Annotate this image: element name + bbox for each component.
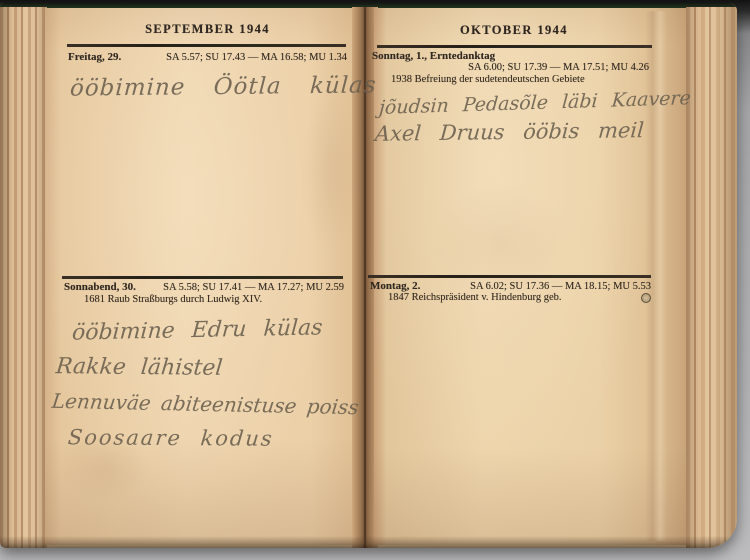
entry-divider-rule	[377, 45, 652, 48]
page-content-layer: SEPTEMBER 1944 Freitag, 29. SA 5.57; SU …	[0, 0, 750, 560]
handwritten-note: Soosaare kodus	[67, 425, 275, 450]
entry-day-label: Freitag, 29.	[68, 51, 121, 63]
entry-divider-rule	[67, 44, 346, 47]
historical-note: 1681 Raub Straßburgs durch Ludwig XIV.	[84, 294, 262, 305]
entry-day-label: Sonntag, 1., Erntedanktag	[372, 50, 495, 62]
historical-note: 1938 Befreiung der sudetendeutschen Gebi…	[391, 74, 585, 85]
entry-divider-rule	[368, 275, 651, 278]
historical-note: 1847 Reichspräsident v. Hindenburg geb.	[388, 292, 562, 303]
entry-day-label: Sonnabend, 30.	[64, 281, 136, 293]
handwritten-note: jõudsin Pedasõle läbi Kaavere	[378, 87, 691, 119]
entry-sun-moon-times: SA 6.02; SU 17.36 — MA 18.15; MU 5.53	[470, 281, 651, 292]
handwritten-note: ööbimine Edru külas	[71, 315, 323, 345]
handwritten-note: Axel Druus ööbis meil	[374, 118, 645, 146]
calendar-entry-montag-2: Montag, 2. SA 6.02; SU 17.36 — MA 18.15;…	[370, 280, 651, 292]
entry-sun-moon-times: SA 5.57; SU 17.43 — MA 16.58; MU 1.34	[166, 52, 347, 63]
entry-sun-moon-times: SA 6.00; SU 17.39 — MA 17.51; MU 4.26	[372, 62, 649, 73]
entry-day-label: Montag, 2.	[370, 280, 420, 292]
calendar-entry-sonnabend-30: Sonnabend, 30. SA 5.58; SU 17.41 — MA 17…	[64, 281, 344, 293]
handwritten-note: Lennuväe abiteenistuse poiss	[51, 389, 361, 419]
entry-sun-moon-times: SA 5.58; SU 17.41 — MA 17.27; MU 2.59	[163, 282, 344, 293]
historical-note-row: 1847 Reichspräsident v. Hindenburg geb.	[388, 292, 651, 303]
diary-photo-background: SEPTEMBER 1944 Freitag, 29. SA 5.57; SU …	[0, 0, 750, 560]
month-header-september: SEPTEMBER 1944	[60, 22, 355, 37]
handwritten-note: ööbimine Öötla külas	[69, 72, 377, 101]
entry-divider-rule	[62, 276, 343, 279]
month-header-oktober: OKTOBER 1944	[380, 23, 648, 38]
calendar-entry-freitag-29: Freitag, 29. SA 5.57; SU 17.43 — MA 16.5…	[68, 51, 347, 63]
handwritten-note: Rakke lähistel	[55, 354, 224, 381]
full-moon-icon	[641, 293, 651, 303]
